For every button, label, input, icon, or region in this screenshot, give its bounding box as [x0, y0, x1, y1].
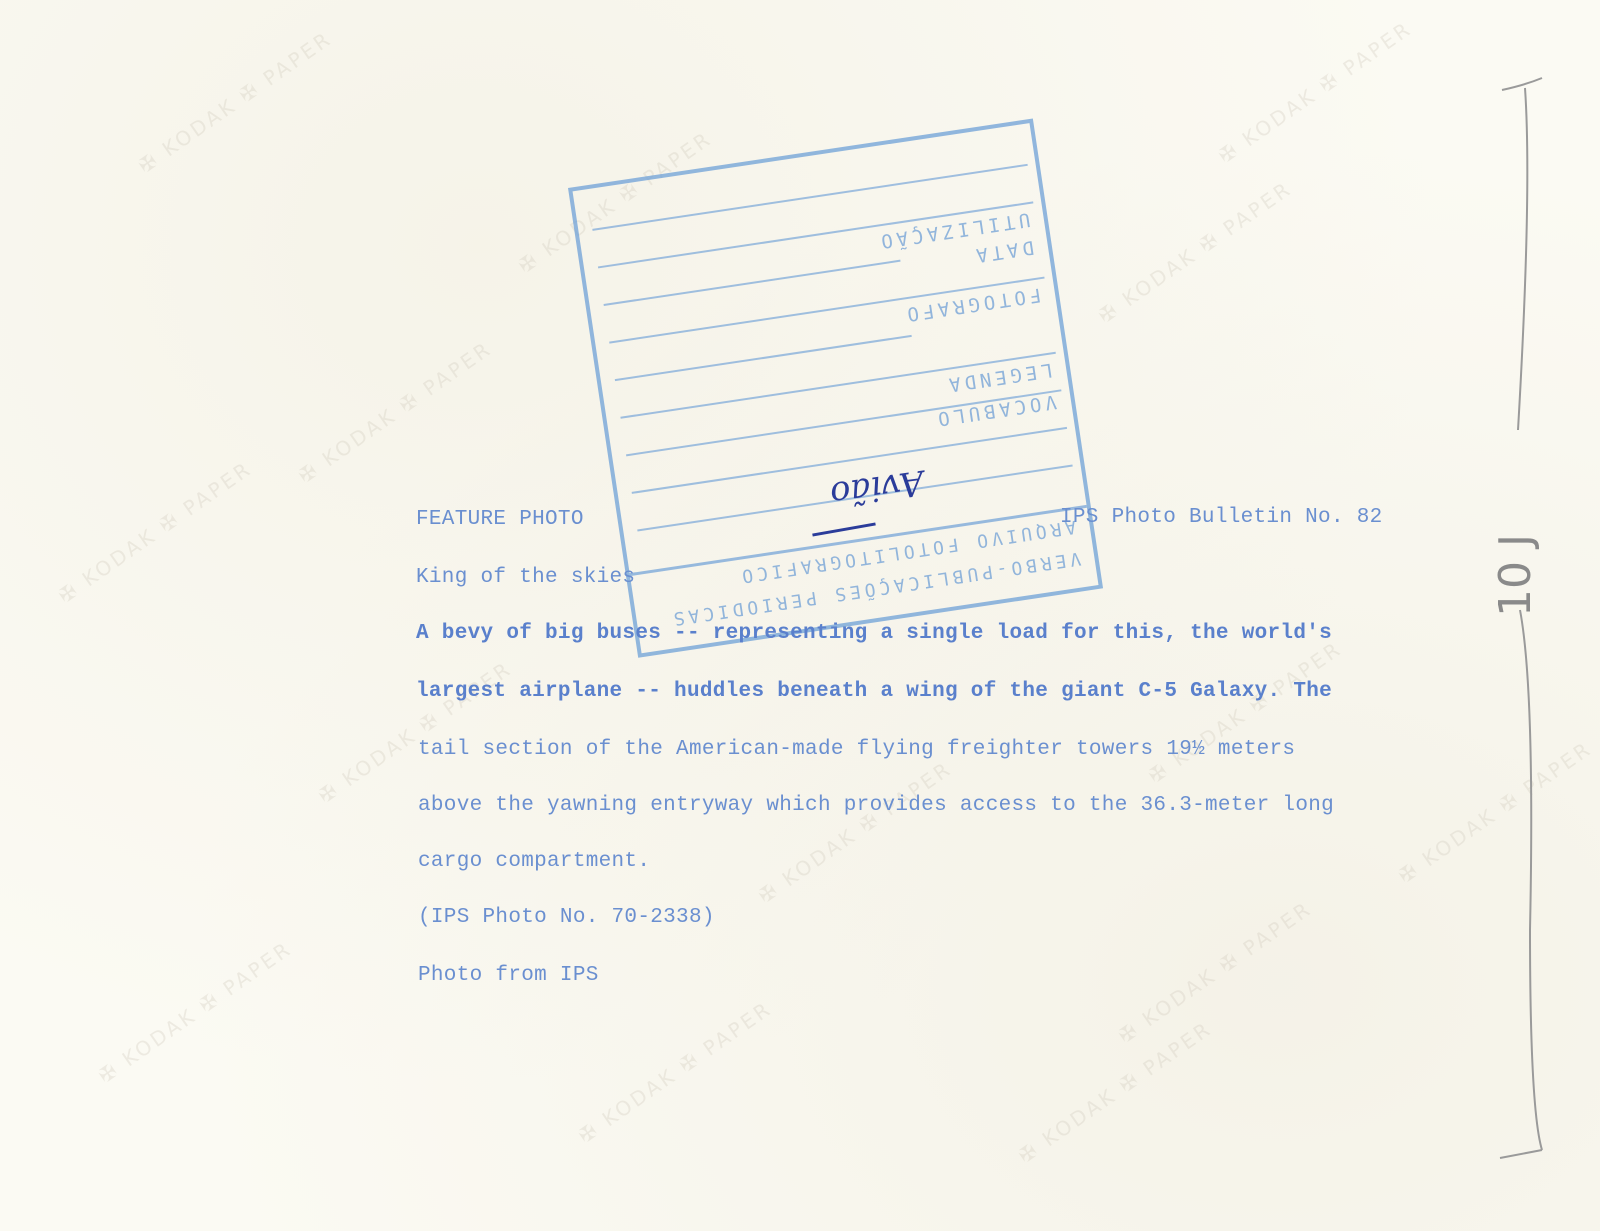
stamp-label-legenda: LEGENDA [944, 359, 1054, 397]
header-bulletin-number: IPS Photo Bulletin No. 82 [1060, 506, 1383, 529]
stamp-rule [604, 260, 901, 306]
caption-line: A bevy of big buses -- representing a si… [416, 622, 1332, 645]
pencil-bracket [1480, 70, 1560, 1170]
header-feature-photo: FEATURE PHOTO [416, 508, 584, 531]
caption-line: cargo compartment. [418, 850, 650, 873]
photo-credit: Photo from IPS [418, 964, 599, 987]
caption-line: above the yawning entryway which provide… [418, 794, 1334, 817]
pencil-margin-note: 10 J [1490, 534, 1541, 617]
stamp-label-data: DATA [971, 236, 1035, 267]
photo-number: (IPS Photo No. 70-2338) [418, 906, 715, 929]
photo-title: King of the skies [416, 566, 635, 589]
stamp-rule [615, 335, 912, 381]
stamp-label-fotografo: FOTOGRAFO [902, 283, 1043, 325]
archive-stamp: UTILIZAÇÃO DATA FOTOGRAFO LEGENDA VOCABU… [568, 119, 1103, 658]
caption-line: largest airplane -- huddles beneath a wi… [416, 680, 1332, 703]
caption-line: tail section of the American-made flying… [418, 738, 1295, 761]
stamp-label-vocabulo: VOCABULO [933, 390, 1058, 430]
